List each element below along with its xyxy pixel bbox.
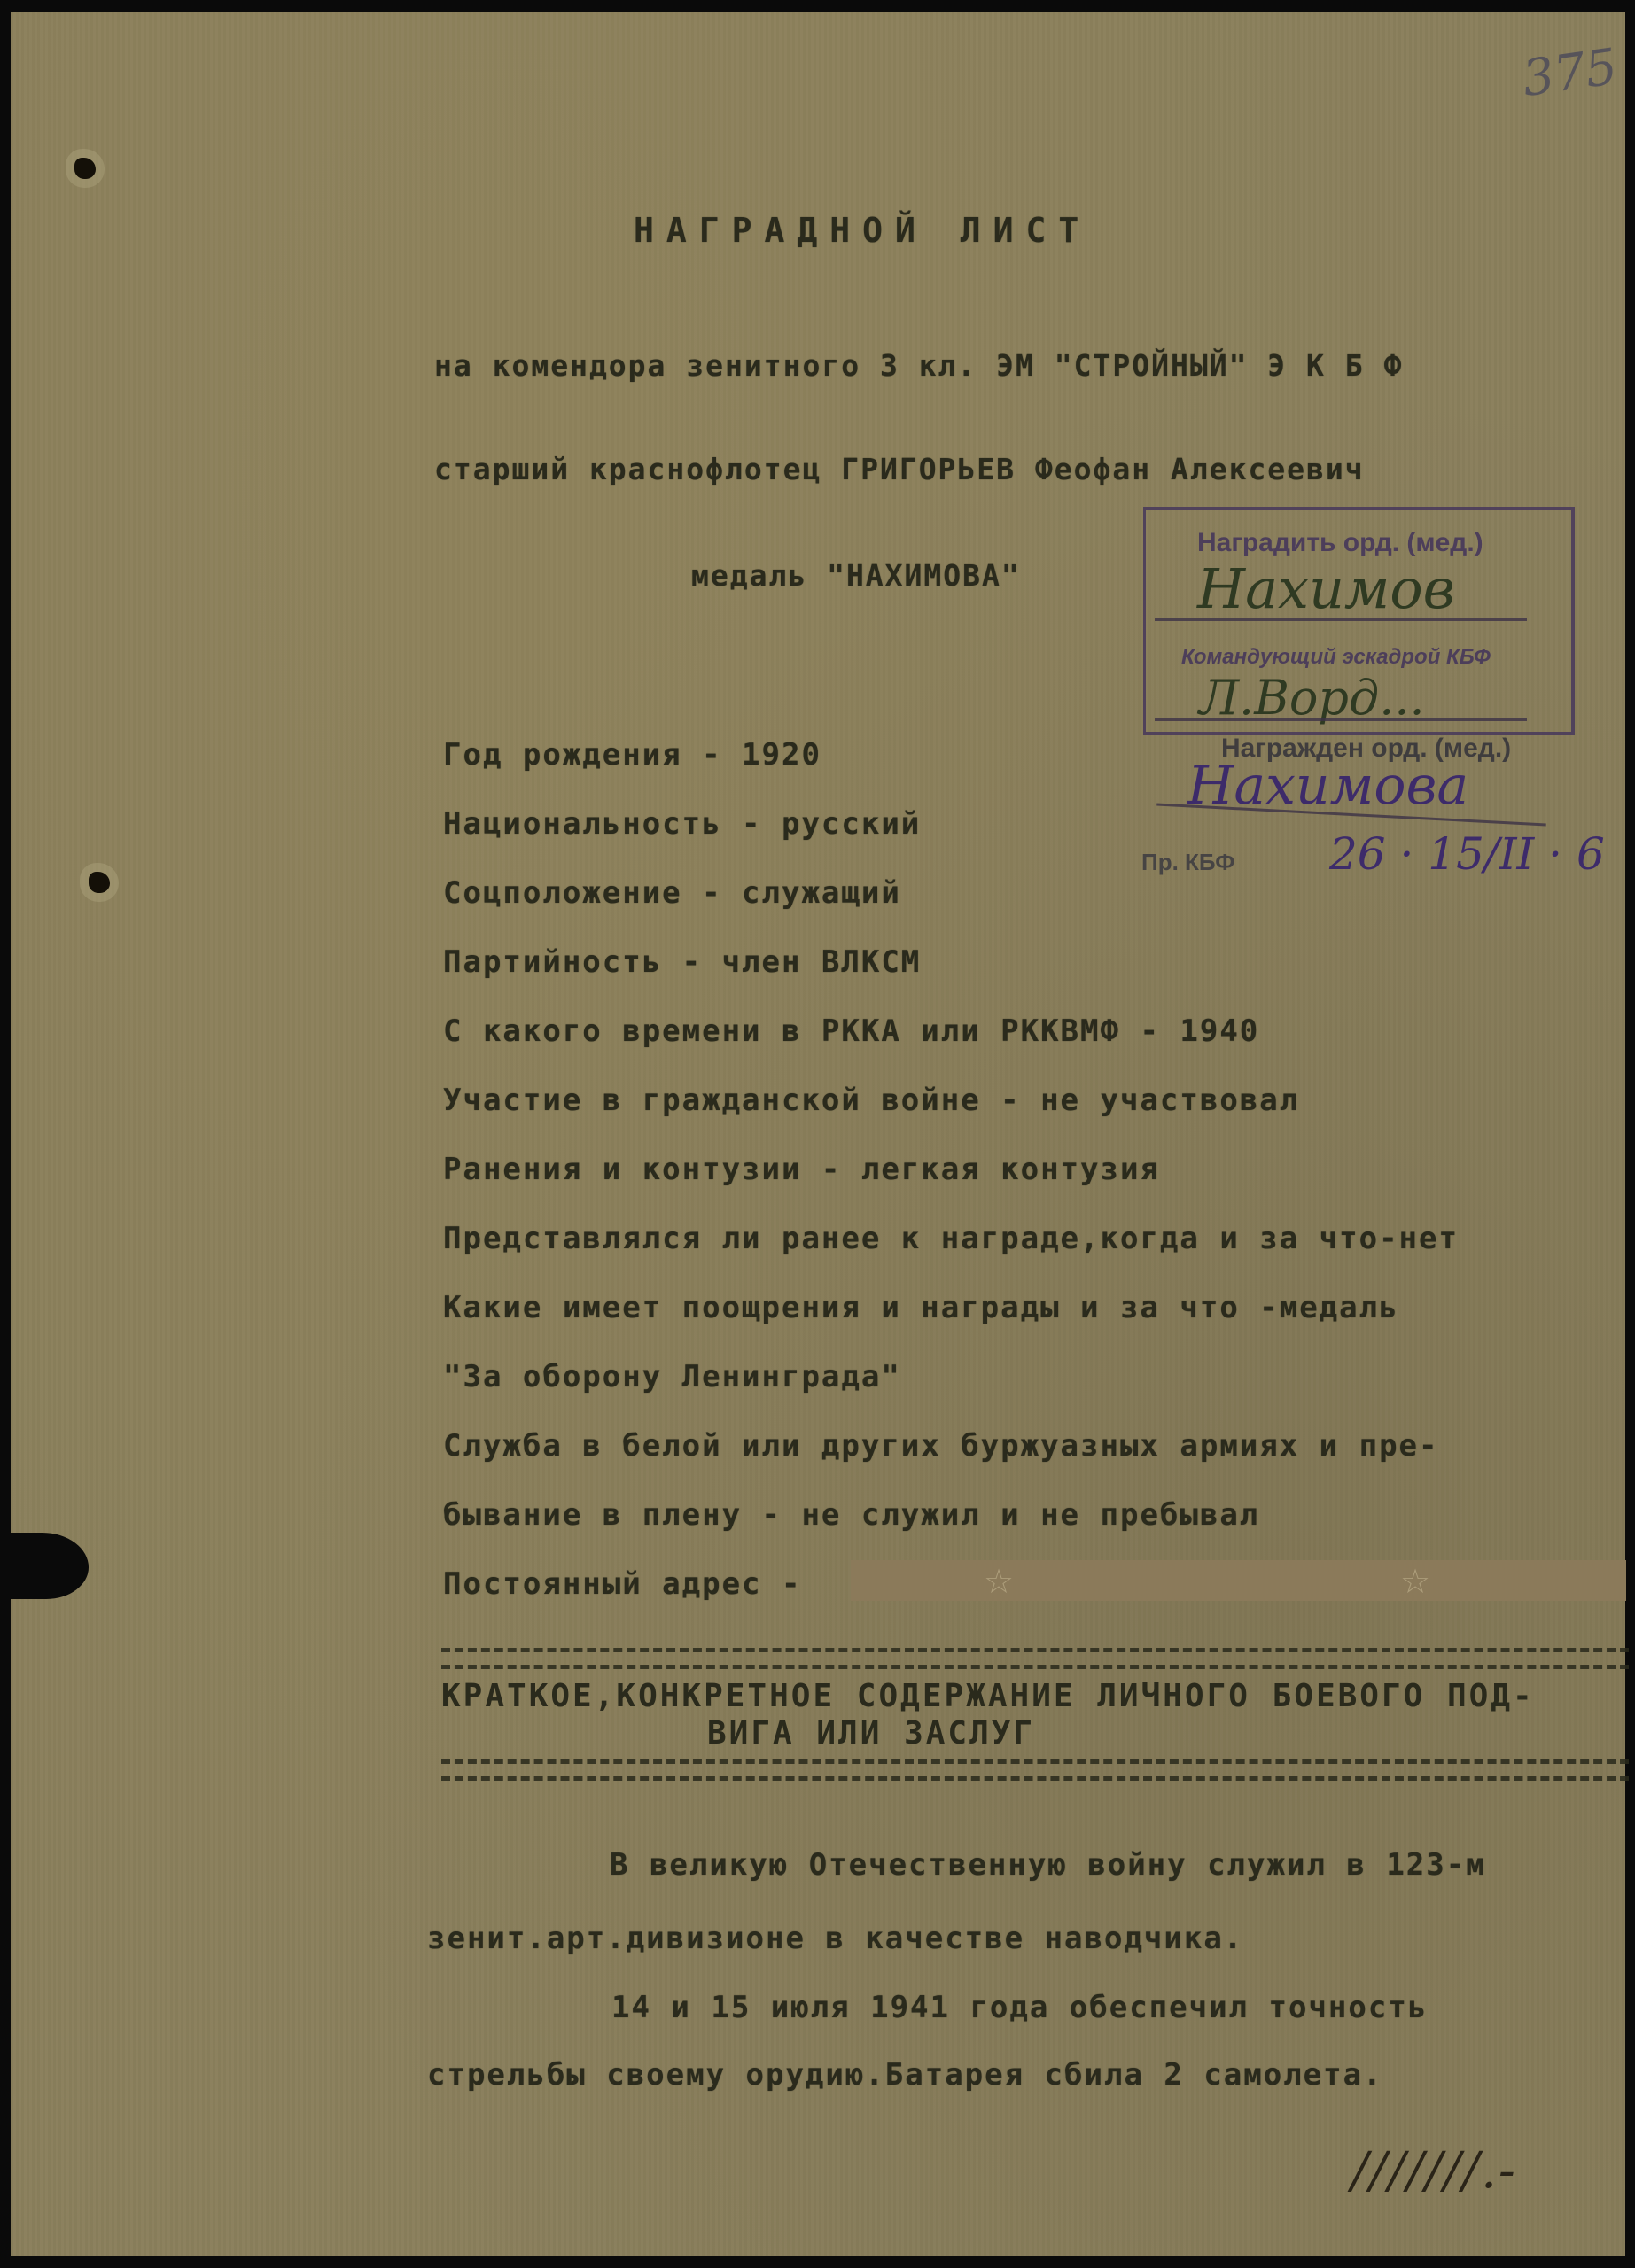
stamp-order-ref: Пр. КБФ — [1141, 849, 1234, 876]
stamp-label-award: Наградить орд. (мед.) — [1197, 528, 1483, 558]
commander-signature: Л.Ворд... — [1199, 670, 1425, 726]
field-honors: Какие имеет поощрения и награды и за что… — [443, 1290, 1399, 1325]
punch-hole — [89, 872, 110, 893]
field-wounds: Ранения и контузии - легкая контузия — [443, 1152, 1160, 1187]
page-tear — [0, 1533, 89, 1599]
field-nationality: Национальность - русский — [443, 806, 921, 842]
document-title: НАГРАДНОЙ ЛИСТ — [634, 211, 1091, 250]
field-honors-cont: "За оборону Ленинграда" — [443, 1359, 901, 1394]
section-heading: КРАТКОЕ,КОНКРЕТНОЕ СОДЕРЖАНИЕ ЛИЧНОГО БО… — [441, 1648, 1629, 1781]
body-line: стрельбы своему орудию.Батарея сбила 2 с… — [427, 2057, 1383, 2093]
section-heading-line2: ВИГА ИЛИ ЗАСЛУГ — [441, 1715, 1629, 1752]
body-line: 14 и 15 июля 1941 года обеспечил точност… — [611, 1990, 1428, 2025]
subtitle-rank-ship: на комендора зенитного 3 кл. ЭМ "СТРОЙНЫ… — [434, 348, 1403, 383]
punch-hole — [74, 158, 96, 179]
stamp-rule — [1155, 718, 1527, 721]
body-line: зенит.арт.дивизионе в качестве наводчика… — [427, 1921, 1243, 1956]
star-icon: ☆ — [984, 1562, 1014, 1602]
star-icon: ☆ — [1400, 1562, 1430, 1602]
stamp-rule — [1155, 618, 1527, 621]
section-heading-line1: КРАТКОЕ,КОНКРЕТНОЕ СОДЕРЖАНИЕ ЛИЧНОГО БО… — [441, 1678, 1535, 1714]
field-party: Партийность - член ВЛКСМ — [443, 944, 921, 980]
redacted-address: ☆ ☆ — [851, 1560, 1626, 1601]
handwritten-award-name: Нахимов — [1197, 556, 1455, 621]
field-address: Постоянный адрес - — [443, 1566, 801, 1602]
double-rule — [441, 1759, 1629, 1781]
tally-marks: ///////.- — [1351, 2142, 1517, 2200]
double-rule — [441, 1648, 1629, 1669]
field-white-army-cont: бывание в плену - не служил и не пребыва… — [443, 1497, 1259, 1533]
subtitle-name: старший краснофлотец ГРИГОРЬЕВ Феофан Ал… — [434, 452, 1365, 486]
handwritten-date: 26 · 15/II · 6 — [1329, 828, 1605, 880]
stamp-label-commander: Командующий эскадрой КБФ — [1181, 645, 1491, 670]
field-civil-war: Участие в гражданской войне - не участво… — [443, 1083, 1299, 1118]
body-line: В великую Отечественную войну служил в 1… — [610, 1847, 1486, 1883]
field-social-status: Соцположение - служащий — [443, 875, 901, 911]
approval-stamp: Наградить орд. (мед.) Нахимов Командующи… — [1143, 507, 1575, 735]
subtitle-award: медаль "НАХИМОВА" — [691, 558, 1021, 593]
field-birth-year: Год рождения - 1920 — [443, 737, 821, 773]
field-white-army: Служба в белой или других буржуазных арм… — [443, 1428, 1439, 1464]
field-service-since: С какого времени в РККА или РККВМФ - 194… — [443, 1014, 1259, 1049]
field-previous-awards: Представлялся ли ранее к награде,когда и… — [443, 1221, 1459, 1256]
